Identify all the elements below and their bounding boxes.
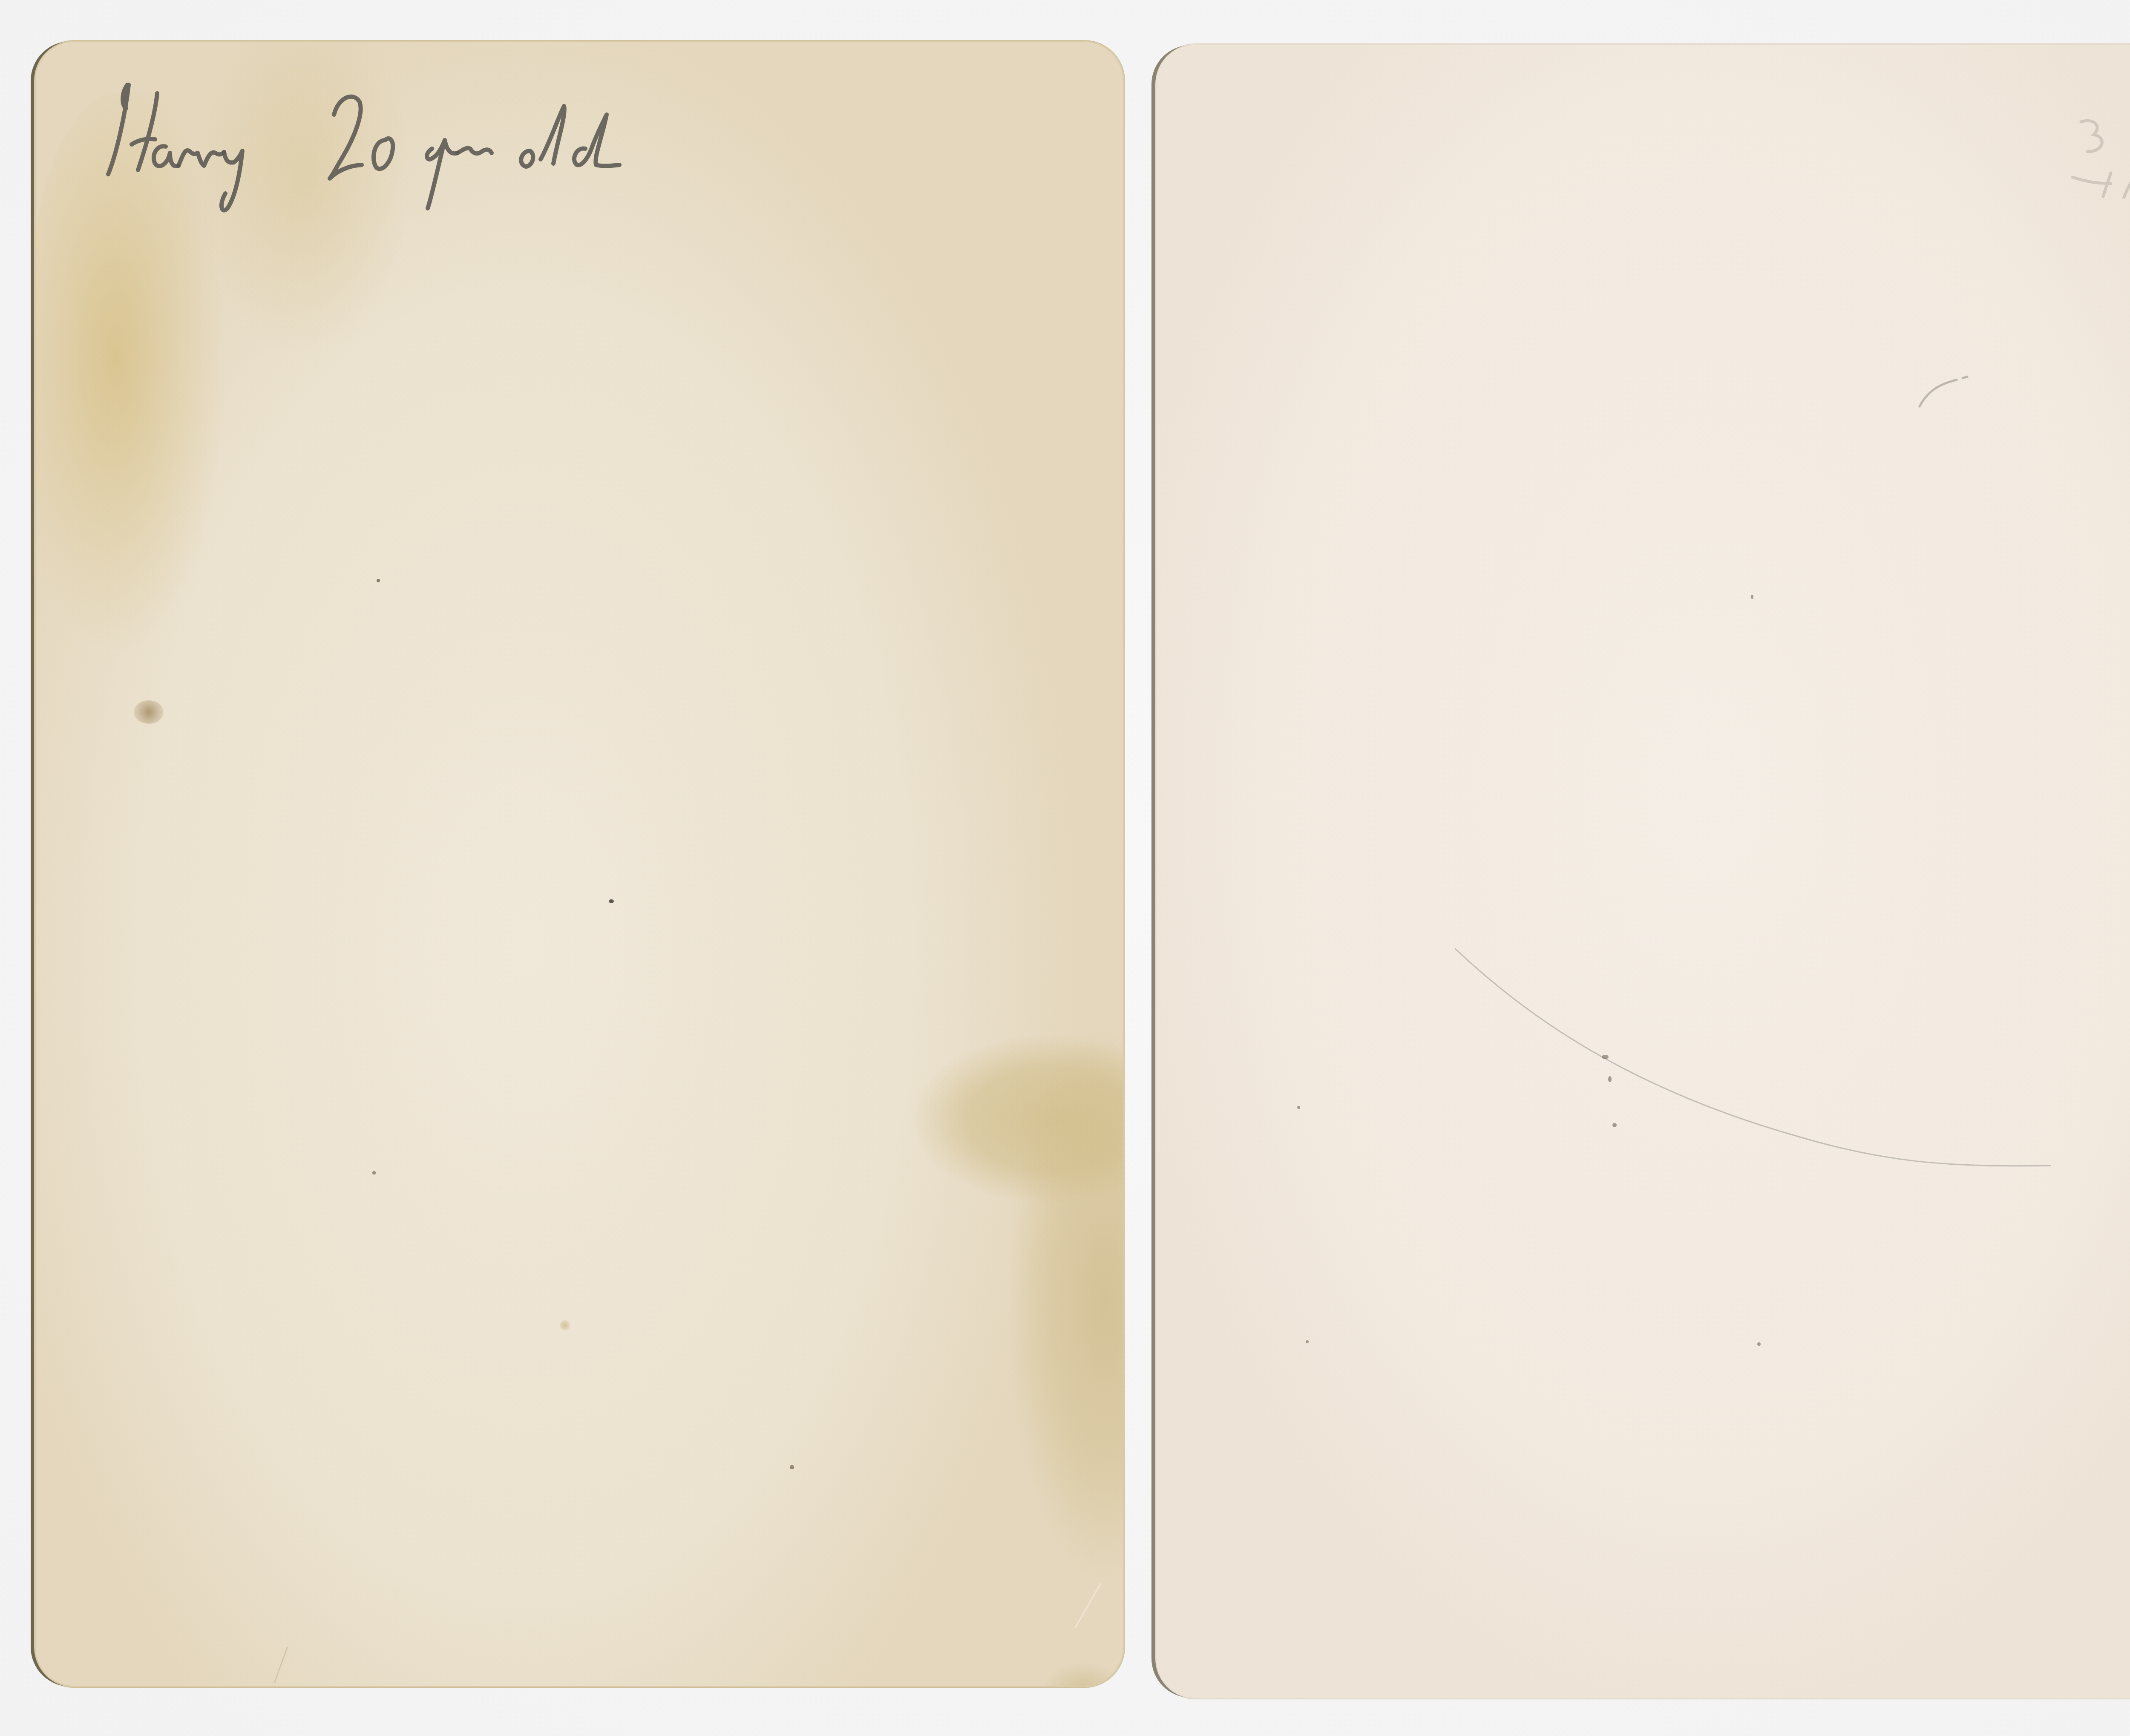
debris-dot — [1602, 1055, 1609, 1059]
debris-dot — [1757, 1342, 1761, 1346]
faint-scratch-line — [1455, 936, 2051, 1174]
faint-number-marks-icon — [2055, 113, 2130, 199]
paper-texture — [36, 42, 1123, 1686]
debris-dot — [377, 579, 380, 582]
paper-texture — [1157, 45, 2130, 1698]
small-arc-mark-icon — [1915, 360, 1975, 412]
curved-scratch-icon — [1455, 936, 2051, 1174]
pencil-tick-mark — [1915, 360, 1975, 412]
debris-dot — [1306, 1340, 1309, 1343]
debris-dot — [1297, 1106, 1300, 1109]
left-card-back: Harry 20 yrs old — [34, 40, 1125, 1687]
pencil-script-icon — [91, 68, 730, 213]
foxing-spot — [560, 1320, 570, 1330]
debris-dot — [1608, 1076, 1612, 1082]
erased-pencil-marks — [2055, 113, 2130, 199]
debris-dot — [372, 1171, 376, 1175]
debris-dot — [1751, 595, 1753, 599]
foxing-spot — [134, 700, 164, 724]
debris-dot — [1612, 1123, 1617, 1127]
handwritten-inscription: Harry 20 yrs old — [91, 68, 730, 213]
right-card-back — [1155, 44, 2130, 1699]
debris-dot — [609, 899, 614, 903]
debris-dot — [790, 1465, 794, 1469]
